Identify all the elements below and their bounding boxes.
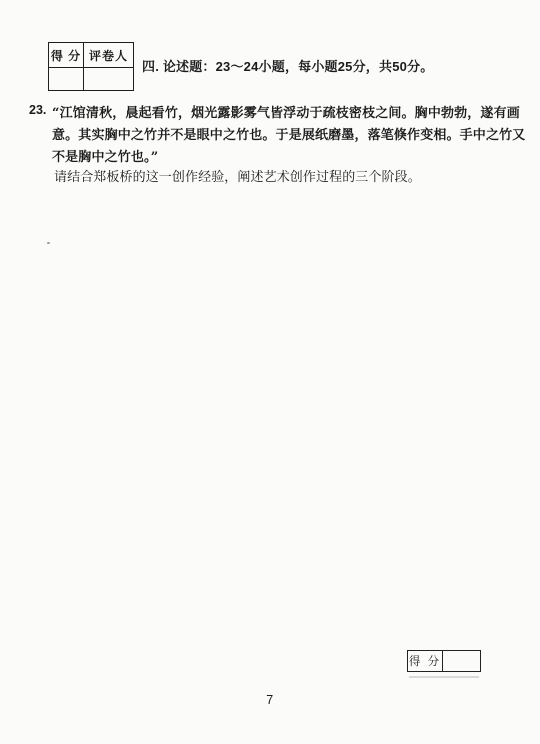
page-number: 7 <box>0 693 540 707</box>
exam-page: 得 分 评卷人 四. 论述题：23～24小题，每小题25分，共50分。 23. … <box>0 0 540 744</box>
question-quote-line-2: 意。其实胸中之竹并不是眼中之竹也。于是展纸磨墨，落笔倏作变相。手中之竹又 <box>52 124 522 143</box>
question-quote-line-1: “江馆清秋，晨起看竹，烟光露影雾气皆浮动于疏枝密枝之间。胸中勃勃，遂有画 <box>52 102 522 121</box>
score-grader-table: 得 分 评卷人 <box>48 42 134 91</box>
section-header: 四. 论述题：23～24小题，每小题25分，共50分。 <box>142 56 532 75</box>
scan-speck <box>47 242 50 244</box>
score-value-cell <box>49 68 84 91</box>
question-number: 23. <box>29 103 46 117</box>
bottom-score-value-cell <box>443 651 481 672</box>
score-label: 得 分 <box>49 43 84 68</box>
question-quote-line-3: 不是胸中之竹也。” <box>52 146 522 165</box>
scan-smudge <box>409 676 479 678</box>
grader-value-cell <box>84 68 134 91</box>
bottom-score-label: 得 分 <box>408 651 443 672</box>
question-instruction: 请结合郑板桥的这一创作经验，阐述艺术创作过程的三个阶段。 <box>54 166 524 185</box>
grader-label: 评卷人 <box>84 43 134 68</box>
bottom-score-box: 得 分 <box>407 650 481 672</box>
